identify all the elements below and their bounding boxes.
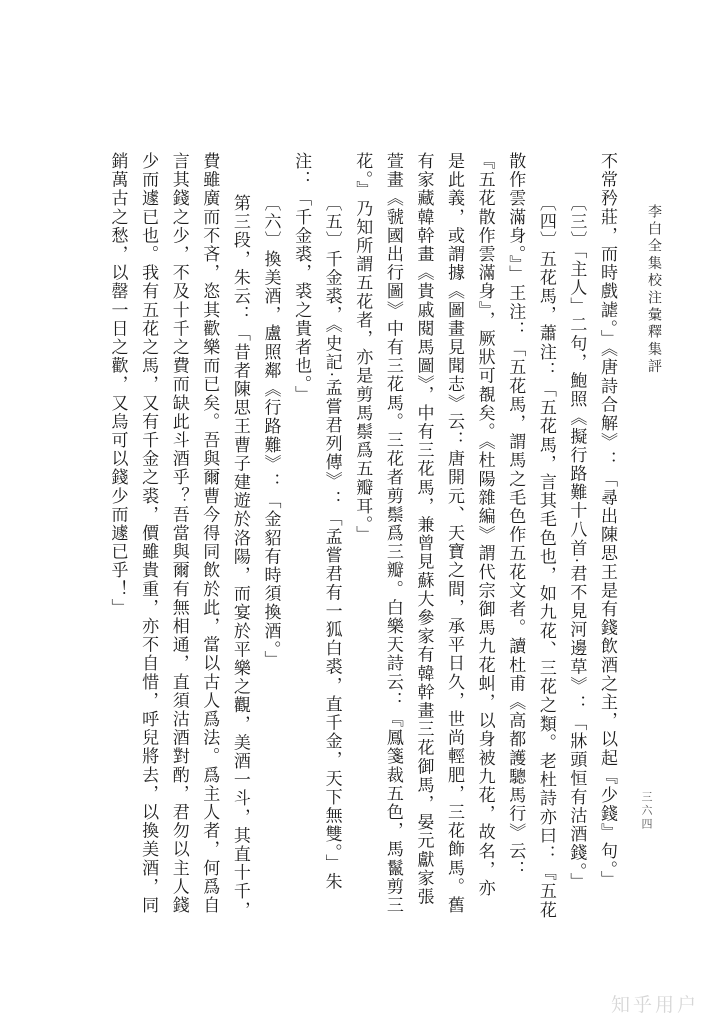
text-column: 少而遽已也。我有五花之馬，又有千金之裘，價雖貴重，亦不自惜，呼兒將去，以換美酒，… xyxy=(133,152,164,937)
text-column: 費雖廣而不吝，恣其歡樂而已矣。吾與爾曹今得同飲於此，當以古人爲法。爲主人者，何爲… xyxy=(194,152,225,937)
book-page: 李白全集校注彙釋集評 三六四 不常矜莊，而時戲謔。」《唐詩合解》：「尋出陳思王是… xyxy=(0,0,720,1031)
text-column: 第三段，朱云：「昔者陳思王曹子建遊於洛陽，而宴於平樂之觀，美酒一斗，其直十千， xyxy=(224,152,255,937)
text-column: 『五花散作雲滿身』，厥狀可覩矣。《杜陽雜編》謂代宗御馬九花虯，以身被九花，故名，… xyxy=(469,152,500,937)
text-column: 〔三〕「主人」二句，鮑照《擬行路難十八首·君不見河邊草》：「牀頭恒有沽酒錢。」 xyxy=(561,152,592,937)
running-title: 李白全集校注彙釋集評 xyxy=(643,204,663,376)
text-column: 銷萬古之愁，以罄一日之歡，又烏可以錢少而遽已乎！」 xyxy=(102,152,133,937)
text-column: 有家藏韓幹畫《貴戚閱馬圖》，中有三花馬，兼曾見蘇大參家有韓幹畫三花御馬，晏元獻家… xyxy=(408,152,439,937)
text-column: 〔四〕五花馬，蕭注：「五花馬，言其毛色也，如九花、三花之類。老杜詩亦曰：『五花 xyxy=(530,152,561,937)
text-column: 散作雲滿身。』」王注：「五花馬，謂馬之毛色作五花文者。讀杜甫《高都護驄馬行》云： xyxy=(500,152,531,937)
page-number: 三六四 xyxy=(638,791,654,832)
text-column: 注：「千金裘，裘之貴者也。」 xyxy=(285,152,316,937)
text-column: 萱畫《虢國出行圖》中有三花馬。三花者剪鬃爲三瓣。白樂天詩云：『鳳箋裁五色，馬鬣剪… xyxy=(377,152,408,937)
text-column: 〔五〕千金裘，《史記·孟嘗君列傳》：「孟嘗君有一狐白裘，直千金，天下無雙。」朱 xyxy=(316,152,347,937)
text-column: 是此義，或謂據《圖畫見聞志》云：唐開元、天寶之間，承平日久，世尚輕肥，三花飾馬。… xyxy=(438,152,469,937)
text-column: 不常矜莊，而時戲謔。」《唐詩合解》：「尋出陳思王是有錢飲酒之主，以起『少錢』句。… xyxy=(591,152,622,937)
text-column: 言其錢之少，不及十千之費而缺此斗酒乎？吾當與爾有無相通，直須沽酒對酌，君勿以主人… xyxy=(163,152,194,937)
text-column: 〔六〕換美酒，盧照鄰《行路難》：「金貂有時須換酒。」 xyxy=(255,152,286,937)
watermark: 知乎用户 xyxy=(611,990,699,1017)
main-text-block: 不常矜莊，而時戲謔。」《唐詩合解》：「尋出陳思王是有錢飲酒之主，以起『少錢』句。… xyxy=(102,152,622,937)
text-column: 花。』乃知所謂五花者，亦是剪馬鬃爲五瓣耳。」 xyxy=(347,152,378,937)
